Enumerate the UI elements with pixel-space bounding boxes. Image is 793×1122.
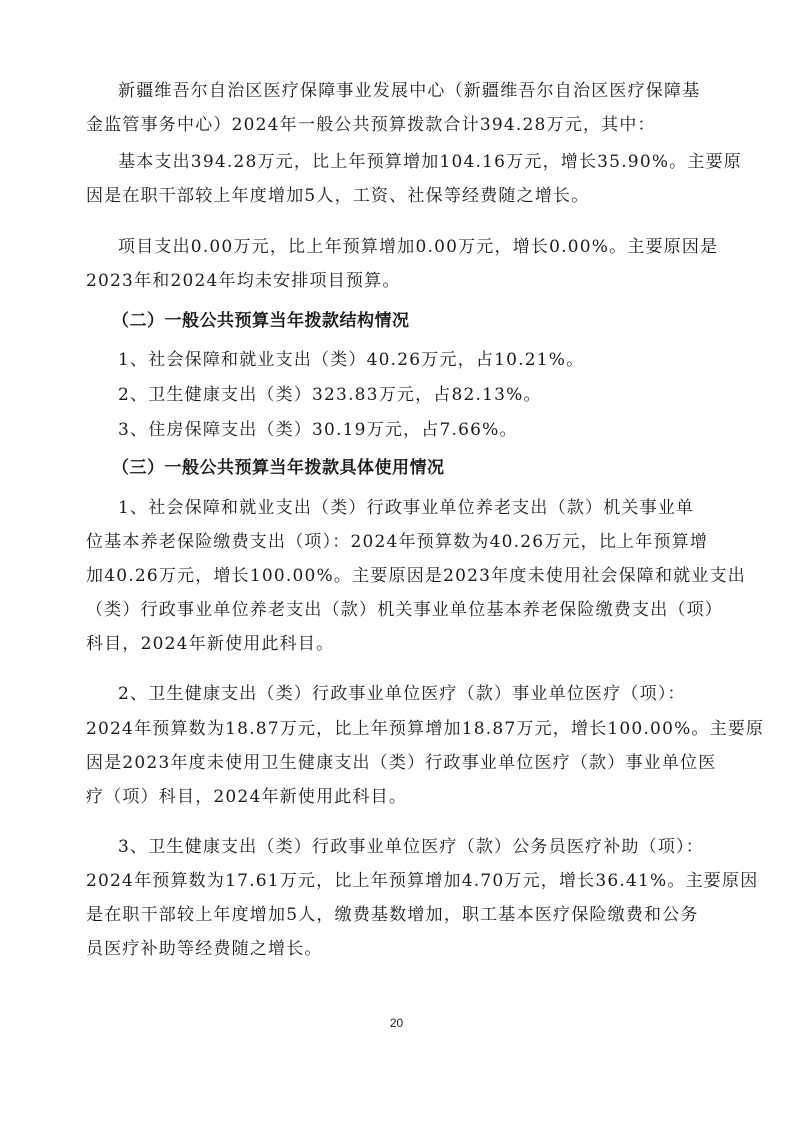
paragraph-line: 项目支出0.00万元，比上年预算增加0.00万元，增长0.00%。主要原因是 <box>118 236 718 258</box>
paragraph-line: 1、社会保障和就业支出（类）行政事业单位养老支出（款）机关事业单 <box>118 497 694 519</box>
paragraph-line: 科目，2024年新使用此科目。 <box>86 633 334 655</box>
paragraph-line: 加40.26万元，增长100.00%。主要原因是2023年度未使用社会保障和就业… <box>86 565 746 587</box>
paragraph-line: 2024年预算数为18.87万元，比上年预算增加18.87万元，增长100.00… <box>86 718 764 740</box>
section-heading: （三）一般公共预算当年拨款具体使用情况 <box>112 457 445 479</box>
paragraph-line: 因是2023年度未使用卫生健康支出（类）行政事业单位医疗（款）事业单位医 <box>86 752 716 774</box>
paragraph-line: 新疆维吾尔自治区医疗保障事业发展中心（新疆维吾尔自治区医疗保障基 <box>118 80 700 102</box>
paragraph-line: 基本支出394.28万元，比上年预算增加104.16万元，增长35.90%。主要… <box>118 151 742 173</box>
paragraph-line: 2024年预算数为17.61万元，比上年预算增加4.70万元，增长36.41%。… <box>86 870 758 892</box>
document-page: 新疆维吾尔自治区医疗保障事业发展中心（新疆维吾尔自治区医疗保障基金监管事务中心）… <box>0 0 793 1122</box>
paragraph-line: 1、社会保障和就业支出（类）40.26万元，占10.21%。 <box>118 349 584 371</box>
paragraph-line: 员医疗补助等经费随之增长。 <box>86 938 323 960</box>
paragraph-line: 3、卫生健康支出（类）行政事业单位医疗（款）公务员医疗补助（项）： <box>118 836 704 858</box>
page-number: 20 <box>0 1016 793 1030</box>
paragraph-line: 金监管事务中心）2024年一般公共预算拨款合计394.28万元，其中： <box>86 114 656 136</box>
paragraph-line: 2、卫生健康支出（类）323.83万元，占82.13%。 <box>118 384 542 406</box>
paragraph-line: 因是在职干部较上年度增加5人，工资、社保等经费随之增长。 <box>86 185 589 207</box>
section-heading: （二）一般公共预算当年拨款结构情况 <box>112 310 410 332</box>
paragraph-line: 是在职干部较上年度增加5人，缴费基数增加，职工基本医疗保险缴费和公务 <box>86 904 699 926</box>
paragraph-line: 疗（项）科目，2024年新使用此科目。 <box>86 786 407 808</box>
paragraph-line: 3、住房保障支出（类）30.19万元，占7.66%。 <box>118 419 518 441</box>
paragraph-line: （类）行政事业单位养老支出（款）机关事业单位基本养老保险缴费支出（项） <box>86 599 723 621</box>
paragraph-line: 2、卫生健康支出（类）行政事业单位医疗（款）事业单位医疗（项）： <box>118 683 686 705</box>
paragraph-line: 位基本养老保险缴费支出（项）：2024年预算数为40.26万元，比上年预算增 <box>86 531 708 553</box>
paragraph-line: 2023年和2024年均未安排项目预算。 <box>86 270 401 292</box>
